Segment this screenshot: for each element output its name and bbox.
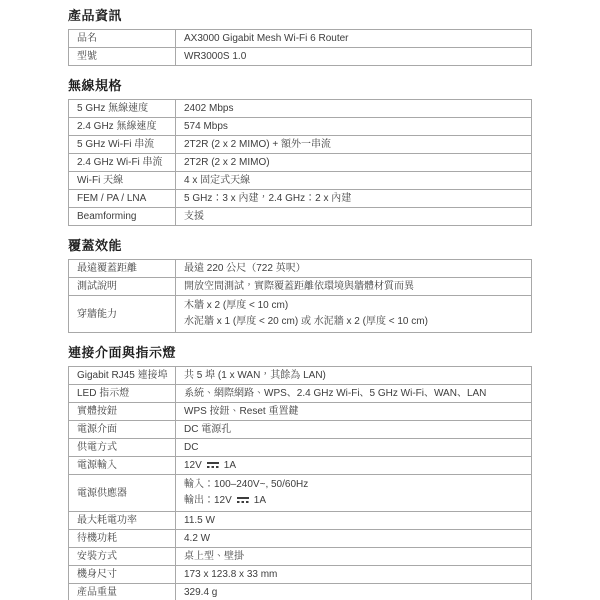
table-row: 實體按鈕 WPS 按鈕、Reset 重置鍵: [69, 403, 532, 421]
spec-label: LED 指示燈: [69, 385, 176, 403]
table-row: 型號 WR3000S 1.0: [69, 48, 532, 66]
spec-label: 5 GHz 無線速度: [69, 100, 176, 118]
table-row: Wi-Fi 天線 4 x 固定式天線: [69, 172, 532, 190]
value-text: 輸出：12V: [184, 495, 232, 506]
value-line: 輸入：100–240V~, 50/60Hz: [184, 477, 523, 493]
spec-value: 開放空間測試，實際覆蓋距離依環境與牆體材質而異: [176, 278, 532, 296]
table-row: 最遠覆蓋距離 最遠 220 公尺（722 英呎）: [69, 260, 532, 278]
value-text: 1A: [254, 495, 266, 506]
section-product-info: 產品資訊 品名 AX3000 Gigabit Mesh Wi-Fi 6 Rout…: [68, 8, 532, 66]
table-row: 5 GHz 無線速度 2402 Mbps: [69, 100, 532, 118]
table-row: 2.4 GHz Wi-Fi 串流 2T2R (2 x 2 MIMO): [69, 154, 532, 172]
section-coverage: 覆蓋效能 最遠覆蓋距離 最遠 220 公尺（722 英呎） 測試說明 開放空間測…: [68, 238, 532, 333]
spec-value: 5 GHz：3 x 內建，2.4 GHz：2 x 內建: [176, 190, 532, 208]
table-row: 測試說明 開放空間測試，實際覆蓋距離依環境與牆體材質而異: [69, 278, 532, 296]
spec-sheet: 產品資訊 品名 AX3000 Gigabit Mesh Wi-Fi 6 Rout…: [0, 0, 600, 600]
table-row: 待機功耗 4.2 W: [69, 530, 532, 548]
spec-label: 電源輸入: [69, 457, 176, 475]
spec-value: 系統、網際網路、WPS、2.4 GHz Wi-Fi、5 GHz Wi-Fi、WA…: [176, 385, 532, 403]
table-row: FEM / PA / LNA 5 GHz：3 x 內建，2.4 GHz：2 x …: [69, 190, 532, 208]
spec-value: 173 x 123.8 x 33 mm: [176, 566, 532, 584]
spec-label: 最大耗電功率: [69, 512, 176, 530]
spec-label: 型號: [69, 48, 176, 66]
spec-value: 4 x 固定式天線: [176, 172, 532, 190]
value-line: 水泥牆 x 1 (厚度 < 20 cm) 或 水泥牆 x 2 (厚度 < 10 …: [184, 314, 523, 330]
spec-value: 12V1A: [176, 457, 532, 475]
dc-current-icon: [237, 496, 249, 504]
spec-value: 11.5 W: [176, 512, 532, 530]
spec-table-coverage: 最遠覆蓋距離 最遠 220 公尺（722 英呎） 測試說明 開放空間測試，實際覆…: [68, 259, 532, 333]
spec-value: DC 電源孔: [176, 421, 532, 439]
spec-value: 329.4 g: [176, 584, 532, 600]
section-title: 覆蓋效能: [68, 238, 532, 253]
section-title: 產品資訊: [68, 8, 532, 23]
spec-label: 品名: [69, 30, 176, 48]
table-row: 電源輸入 12V1A: [69, 457, 532, 475]
spec-value: 574 Mbps: [176, 118, 532, 136]
spec-label: 實體按鈕: [69, 403, 176, 421]
table-row: 2.4 GHz 無線速度 574 Mbps: [69, 118, 532, 136]
value-line: 木牆 x 2 (厚度 < 10 cm): [184, 298, 523, 314]
spec-table-product-info: 品名 AX3000 Gigabit Mesh Wi-Fi 6 Router 型號…: [68, 29, 532, 66]
spec-label: 產品重量: [69, 584, 176, 600]
spec-table-wireless: 5 GHz 無線速度 2402 Mbps 2.4 GHz 無線速度 574 Mb…: [68, 99, 532, 226]
table-row: Beamforming 支援: [69, 208, 532, 226]
table-row: 穿牆能力 木牆 x 2 (厚度 < 10 cm) 水泥牆 x 1 (厚度 < 2…: [69, 296, 532, 333]
dc-current-icon: [207, 461, 219, 469]
spec-value: WPS 按鈕、Reset 重置鍵: [176, 403, 532, 421]
spec-label: 機身尺寸: [69, 566, 176, 584]
table-row: LED 指示燈 系統、網際網路、WPS、2.4 GHz Wi-Fi、5 GHz …: [69, 385, 532, 403]
table-row: 機身尺寸 173 x 123.8 x 33 mm: [69, 566, 532, 584]
spec-label: Beamforming: [69, 208, 176, 226]
spec-label: Wi-Fi 天線: [69, 172, 176, 190]
spec-value: 2T2R (2 x 2 MIMO): [176, 154, 532, 172]
spec-label: 安裝方式: [69, 548, 176, 566]
spec-value: 木牆 x 2 (厚度 < 10 cm) 水泥牆 x 1 (厚度 < 20 cm)…: [176, 296, 532, 333]
table-row: 電源供應器 輸入：100–240V~, 50/60Hz 輸出：12V1A: [69, 475, 532, 512]
spec-value: 共 5 埠 (1 x WAN，其餘為 LAN): [176, 367, 532, 385]
spec-label: 2.4 GHz 無線速度: [69, 118, 176, 136]
spec-value: WR3000S 1.0: [176, 48, 532, 66]
spec-value: DC: [176, 439, 532, 457]
table-row: 品名 AX3000 Gigabit Mesh Wi-Fi 6 Router: [69, 30, 532, 48]
spec-value: 2T2R (2 x 2 MIMO) + 額外一串流: [176, 136, 532, 154]
spec-label: 穿牆能力: [69, 296, 176, 333]
section-wireless-spec: 無線規格 5 GHz 無線速度 2402 Mbps 2.4 GHz 無線速度 5…: [68, 78, 532, 226]
value-text: 12V: [184, 460, 202, 471]
section-title: 連接介面與指示燈: [68, 345, 532, 360]
value-line: 輸出：12V1A: [184, 493, 523, 509]
table-row: 電源介面 DC 電源孔: [69, 421, 532, 439]
spec-label: FEM / PA / LNA: [69, 190, 176, 208]
table-row: 5 GHz Wi-Fi 串流 2T2R (2 x 2 MIMO) + 額外一串流: [69, 136, 532, 154]
table-row: 安裝方式 桌上型、壁掛: [69, 548, 532, 566]
spec-label: 電源介面: [69, 421, 176, 439]
spec-value: AX3000 Gigabit Mesh Wi-Fi 6 Router: [176, 30, 532, 48]
spec-label: 待機功耗: [69, 530, 176, 548]
spec-value: 2402 Mbps: [176, 100, 532, 118]
table-row: Gigabit RJ45 連接埠 共 5 埠 (1 x WAN，其餘為 LAN): [69, 367, 532, 385]
spec-label: 5 GHz Wi-Fi 串流: [69, 136, 176, 154]
spec-value: 輸入：100–240V~, 50/60Hz 輸出：12V1A: [176, 475, 532, 512]
spec-label: 供電方式: [69, 439, 176, 457]
spec-value: 最遠 220 公尺（722 英呎）: [176, 260, 532, 278]
table-row: 產品重量 329.4 g: [69, 584, 532, 600]
table-row: 供電方式 DC: [69, 439, 532, 457]
section-title: 無線規格: [68, 78, 532, 93]
spec-label: 2.4 GHz Wi-Fi 串流: [69, 154, 176, 172]
spec-label: 最遠覆蓋距離: [69, 260, 176, 278]
spec-value: 桌上型、壁掛: [176, 548, 532, 566]
spec-label: 測試說明: [69, 278, 176, 296]
spec-value: 支援: [176, 208, 532, 226]
spec-label: Gigabit RJ45 連接埠: [69, 367, 176, 385]
spec-value: 4.2 W: [176, 530, 532, 548]
value-text: 1A: [224, 460, 236, 471]
section-interface-indicators: 連接介面與指示燈 Gigabit RJ45 連接埠 共 5 埠 (1 x WAN…: [68, 345, 532, 600]
spec-table-interface: Gigabit RJ45 連接埠 共 5 埠 (1 x WAN，其餘為 LAN)…: [68, 366, 532, 600]
spec-label: 電源供應器: [69, 475, 176, 512]
table-row: 最大耗電功率 11.5 W: [69, 512, 532, 530]
